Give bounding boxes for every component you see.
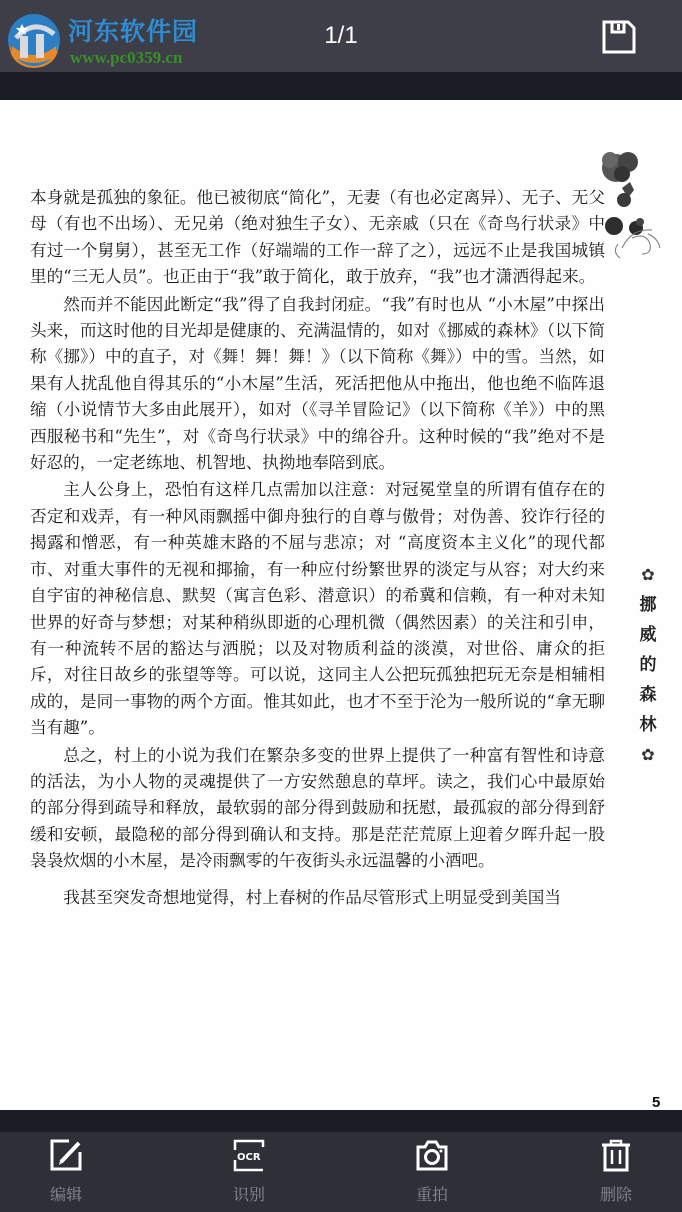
- delete-label: 删除: [576, 1182, 656, 1205]
- ocr-scan-icon: OCR: [232, 1138, 266, 1172]
- side-title-char: 挪: [630, 590, 666, 620]
- page-number: 5: [652, 1094, 660, 1111]
- floppy-save-icon: [600, 18, 638, 56]
- svg-text:OCR: OCR: [237, 1152, 261, 1163]
- edit-label: 编辑: [26, 1182, 106, 1205]
- paragraph: 主人公身上，恐怕有这样几点需加以注意：对冠冕堂皇的所谓有值存在的否定和戏弄，有一…: [30, 477, 605, 741]
- save-button[interactable]: [600, 18, 638, 56]
- retake-label: 重拍: [392, 1182, 472, 1205]
- trash-icon: [599, 1138, 633, 1172]
- side-title-char: 的: [630, 650, 666, 680]
- ocr-button[interactable]: OCR 识别: [209, 1138, 289, 1206]
- side-title-char: 林: [630, 710, 666, 740]
- side-title-char: 森: [630, 680, 666, 710]
- ocr-label: 识别: [209, 1182, 289, 1205]
- delete-button[interactable]: 删除: [576, 1138, 656, 1206]
- top-divider-band: [0, 72, 682, 100]
- paragraph: 然而并不能因此断定“我”得了自我封闭症。“我”有时也从 “小木屋”中探出头来，而…: [30, 292, 605, 477]
- camera-icon: [415, 1138, 449, 1172]
- ornament-icon: ✿: [630, 560, 666, 590]
- ornament-icon: ✿: [630, 740, 666, 770]
- bottom-divider-band: [0, 1110, 682, 1132]
- retake-button[interactable]: 重拍: [392, 1138, 472, 1206]
- chapter-side-title: ✿ 挪 威 的 森 林 ✿: [630, 560, 666, 770]
- edit-button[interactable]: 编辑: [26, 1138, 106, 1206]
- edit-pencil-icon: [49, 1138, 83, 1172]
- paragraph: 我甚至突发奇想地觉得，村上春树的作品尽管形式上明显受到美国当: [30, 885, 605, 911]
- watermark-url: www.pc0359.cn: [70, 48, 182, 68]
- page-text: 本身就是孤独的象征。他已被彻底“简化”，无妻（有也必定离异）、无子、无父母（有也…: [30, 185, 605, 911]
- paragraph: 总之，村上的小说为我们在繁杂多变的世界上提供了一种富有智性和诗意的活法，为小人物…: [30, 743, 605, 875]
- page-counter: 1/1: [0, 22, 682, 50]
- paragraph: 本身就是孤独的象征。他已被彻底“简化”，无妻（有也必定离异）、无子、无父母（有也…: [30, 185, 605, 291]
- top-bar: 河东软件园 www.pc0359.cn 1/1: [0, 0, 682, 72]
- side-title-char: 威: [630, 620, 666, 650]
